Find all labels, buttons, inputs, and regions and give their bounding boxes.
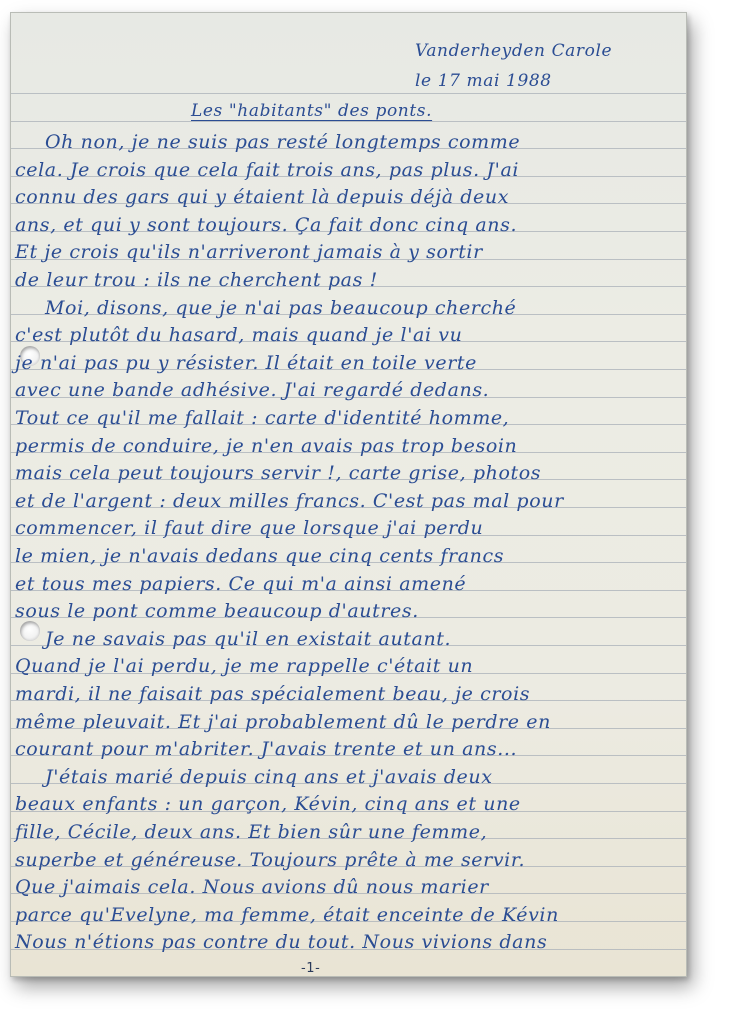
text-line: Oh non, je ne suis pas resté longtemps c… xyxy=(45,131,520,153)
text-line: Tout ce qu'il me fallait : carte d'ident… xyxy=(15,407,509,429)
text-line: superbe et généreuse. Toujours prête à m… xyxy=(15,849,525,871)
text-line: avec une bande adhésive. J'ai regardé de… xyxy=(15,379,489,401)
text-line: je n'ai pas pu y résister. Il était en t… xyxy=(15,352,477,374)
ruling-line xyxy=(11,93,686,94)
text-line: c'est plutôt du hasard, mais quand je l'… xyxy=(15,324,462,346)
letter-title: Les "habitants" des ponts. xyxy=(191,101,432,121)
text-line: Je ne savais pas qu'il en existait autan… xyxy=(45,628,451,650)
author-name: Vanderheyden Carole xyxy=(415,41,612,61)
text-line: mais cela peut toujours servir !, carte … xyxy=(15,462,541,484)
letter-page: Vanderheyden Carole le 17 mai 1988 Les "… xyxy=(10,12,687,977)
text-line: Et je crois qu'ils n'arriveront jamais à… xyxy=(15,241,483,263)
text-line: Que j'aimais cela. Nous avions dû nous m… xyxy=(15,876,489,898)
text-line: sous le pont comme beaucoup d'autres. xyxy=(15,600,419,622)
text-line: le mien, je n'avais dedans que cinq cent… xyxy=(15,545,504,567)
text-line: ans, et qui y sont toujours. Ça fait don… xyxy=(15,214,517,236)
ruling-line xyxy=(11,121,686,122)
text-line: permis de conduire, je n'en avais pas tr… xyxy=(15,435,517,457)
letter-date: le 17 mai 1988 xyxy=(415,71,552,91)
text-line: connu des gars qui y étaient là depuis d… xyxy=(15,186,509,208)
text-line: et tous mes papiers. Ce qui m'a ainsi am… xyxy=(15,573,466,595)
text-line: cela. Je crois que cela fait trois ans, … xyxy=(15,159,519,181)
text-line: fille, Cécile, deux ans. Et bien sûr une… xyxy=(15,821,487,843)
text-line: Nous n'étions pas contre du tout. Nous v… xyxy=(15,931,547,953)
text-line: courant pour m'abriter. J'avais trente e… xyxy=(15,738,517,760)
text-line: et de l'argent : deux milles francs. C'e… xyxy=(15,490,564,512)
text-line: Quand je l'ai perdu, je me rappelle c'ét… xyxy=(15,655,473,677)
text-line: parce qu'Evelyne, ma femme, était encein… xyxy=(15,904,559,926)
text-line: même pleuvait. Et j'ai probablement dû l… xyxy=(15,711,551,733)
punch-hole-lower xyxy=(20,621,40,641)
page-number: -1- xyxy=(301,961,320,976)
text-line: J'étais marié depuis cinq ans et j'avais… xyxy=(45,766,493,788)
text-line: mardi, il ne faisait pas spécialement be… xyxy=(15,683,530,705)
text-line: commencer, il faut dire que lorsque j'ai… xyxy=(15,517,483,539)
text-line: de leur trou : ils ne cherchent pas ! xyxy=(15,269,378,291)
text-line: Moi, disons, que je n'ai pas beaucoup ch… xyxy=(45,297,516,319)
text-line: beaux enfants : un garçon, Kévin, cinq a… xyxy=(15,793,521,815)
